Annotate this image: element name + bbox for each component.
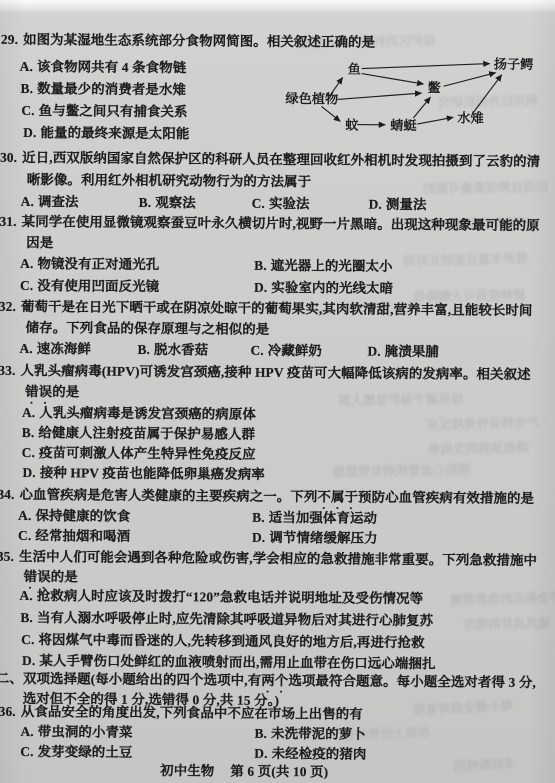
options-row: A.物镜没有正对通光孔 B.遮光器上的光圈太小 (20, 255, 540, 276)
option: A.物镜没有正对通光孔 (20, 255, 254, 274)
question-34: 34.心血管疾病是危害人类健康的主要疾病之一。下列不属于预防心血管疾病有效措施的… (0, 0, 555, 4)
node-mosquito: 蚊 (345, 116, 359, 132)
option: B.给健康人注射疫苗属于保护易感人群 (22, 424, 255, 443)
node-green-plants: 绿色植物 (285, 90, 339, 106)
option: A.抢救病人时应该及时拨打“120”急救电话并说明地址及受伤情况等 (19, 587, 423, 607)
option: B.当有人溺水呼吸停止时,应先清除其呼吸道异物后对其进行心肺复苏 (20, 609, 433, 629)
option: B.数量最少的消费者是水雉 (20, 80, 186, 98)
footer-course: 初中生物 (160, 763, 214, 778)
options-row: A.带虫洞的小青菜 B.未洗带泥的萝卜 (20, 723, 540, 744)
options-row: C.发芽变绿的土豆 D.未经检疫的猪肉 (20, 743, 540, 764)
node-water-jacana: 水雉 (457, 109, 484, 125)
arrow-plants-mosquito (321, 106, 340, 121)
question-31: 31.某同学在使用显微镜观察蚕豆叶永久横切片时,视野一片黑暗。出现这种现象最可能… (0, 0, 555, 4)
option: D.能量的最终来源是太阳能 (23, 124, 189, 142)
option: C.冷藏鲜奶 (250, 342, 367, 360)
option: C.没有使用凹面反光镜 (20, 277, 254, 296)
arrow-fish-alligator (362, 63, 490, 70)
options-row: C.没有使用凹面反光镜 D.实验室内的光线太暗 (20, 277, 540, 298)
question-stem: 生活中人们可能会遇到各种危险或伤害,学会相应的急救措施非常重要。下列急救措施中 (19, 549, 537, 568)
question-35: 35.生活中人们可能会遇到各种危险或伤害,学会相应的急救措施非常重要。下列急救措… (0, 0, 555, 4)
option: A.调查法 (21, 193, 139, 211)
food-web-diagram: 绿色植物 鱼 扬子鳄 鳖 蚊 蜻蜓 水雉 (277, 46, 550, 144)
question-number: 35. (0, 549, 14, 564)
option: C.经常抽烟和喝酒 (18, 527, 252, 546)
options-row: C.经常抽烟和喝酒 D.调节情绪缓解压力 (18, 527, 538, 548)
question-number: 29. (1, 32, 18, 47)
arrow-dragonfly-turtle (413, 97, 430, 118)
question-stem: 葡萄干是在日光下晒干或在阴凉处晾干的葡萄果实,其肉软清甜,营养丰富,且能较长时间 (21, 299, 533, 318)
options-row: A.速冻海鲜 B.脱水香菇 C.冷藏鲜奶 D.腌渍果脯 (19, 340, 529, 361)
question-stem: 近日,西双版纳国家自然保护区的科研人员在整理回收红外相机时发现拍摄到了云豹的清 (22, 150, 540, 169)
question-stem: 储存。下列食品的保存原理与之相似的是 (26, 319, 270, 338)
options-row: A.保持健康的饮食 B.适当加强体育运动 (18, 507, 538, 528)
arrow-turtle-alligator (444, 72, 496, 86)
option: B.观察法 (139, 194, 252, 212)
question-33: 33.人乳头瘤病毒(HPV)可诱发宫颈癌,接种 HPV 疫苗可大幅降低该病的发病… (0, 0, 555, 4)
question-stem: 晰影像。利用红外相机研究动物行为的方法属于 (27, 171, 311, 190)
option: C.鱼与鳖之间只有捕食关系 (21, 102, 187, 120)
arrow-dragonfly-jacana (417, 117, 453, 124)
node-dragonfly: 蜻蜓 (390, 117, 417, 133)
option: D.调节情绪缓解压力 (252, 529, 538, 548)
question-number: 31. (0, 214, 17, 229)
question-number: 30. (0, 150, 17, 165)
question-29: 29.如图为某湿地生态系统部分食物网简图。相关叙述正确的是 A.该食物网共有 4… (0, 0, 555, 4)
option: D.实验室内的光线太暗 (254, 279, 540, 298)
option: D.接种 HPV 疫苗也能降低卵巢癌发病率 (22, 464, 265, 483)
node-fish: 鱼 (348, 60, 361, 76)
option: B.适当加强体育运动 (252, 509, 538, 528)
section-2-header: 二、双项选择题(每小题给出的四个选项中,有两个选项最符合题意。每小题全选对者得 … (0, 0, 555, 4)
option: B.脱水香菇 (137, 341, 250, 359)
node-softshell-turtle: 鳖 (428, 79, 442, 95)
question-stem: 人乳头瘤病毒(HPV)可诱发宫颈癌,接种 HPV 疫苗可大幅降低该病的发病率。相… (20, 363, 530, 382)
question-number: 33. (0, 363, 16, 378)
arrow-plants-turtle (337, 92, 421, 100)
question-32: 32.葡萄干是在日光下晒干或在阴凉处晾干的葡萄果实,其肉软清甜,营养丰富,且能较… (0, 0, 555, 4)
option: A.保持健康的饮食 (18, 507, 252, 526)
option: C.将因煤气中毒而昏迷的人,先转移到通风良好的地方后,再进行抢救 (21, 631, 425, 651)
option: C.发芽变绿的土豆 (20, 743, 254, 762)
question-number: 36. (0, 704, 16, 719)
question-number: 32. (0, 299, 16, 314)
option: B.未洗带泥的萝卜 (254, 725, 540, 744)
option: D.某人手臂伤口处鲜红的血液喷射而出,需用止血带在伤口远心端捆扎 (22, 652, 436, 672)
question-30: 30.近日,西双版纳国家自然保护区的科研人员在整理回收红外相机时发现拍摄到了云豹… (0, 0, 555, 4)
question-stem: 从食品安全的角度出发,下列食品中不应在市场上出售的有 (21, 704, 363, 722)
footer-page-info: 第 6 页(共 10 页) (230, 764, 328, 780)
option: D.未经检疫的猪肉 (254, 745, 540, 764)
node-yangtze-alligator: 扬子鳄 (494, 56, 534, 72)
option: D.腌渍果脯 (367, 343, 529, 361)
arrow-fish-turtle (362, 74, 424, 84)
option: A.该食物网共有 4 条食物链 (20, 58, 187, 76)
option: C.疫苗可刺激人体产生特异性免疫反应 (22, 444, 256, 463)
option: C.实验法 (252, 195, 369, 213)
scanned-exam-page: 保护区的科研人员在整理 利用红外相机研究 出现这种现象最可能的 下列食品的保存原… (0, 0, 555, 783)
question-stem: 因是 (26, 234, 53, 251)
question-number: 34. (0, 487, 15, 502)
option: A.速冻海鲜 (19, 340, 137, 358)
option: D.测量法 (369, 196, 531, 214)
question-stem: 某同学在使用显微镜观察蚕豆叶永久横切片时,视野一片黑暗。出现这种现象最可能的原 (22, 214, 540, 233)
page-footer: 初中生物第 6 页(共 10 页) (160, 762, 328, 780)
question-stem: 心血管疾病是危害人类健康的主要疾病之一。下列不属于预防心血管疾病有效措施的是 (19, 487, 534, 506)
question-36: 36.从食品安全的角度出发,下列食品中不应在市场上出售的有 A.带虫洞的小青菜 … (0, 0, 555, 4)
page-content: 29.如图为某湿地生态系统部分食物网简图。相关叙述正确的是 A.该食物网共有 4… (0, 0, 555, 783)
option: A.带虫洞的小青菜 (20, 723, 254, 742)
arrow-jacana-alligator (473, 74, 501, 112)
option: B.遮光器上的光圈太小 (254, 257, 540, 276)
option: A.人乳头瘤病毒是诱发宫颈癌的病原体 (22, 404, 256, 423)
options-row: A.调查法 B.观察法 C.实验法 D.测量法 (21, 193, 531, 214)
